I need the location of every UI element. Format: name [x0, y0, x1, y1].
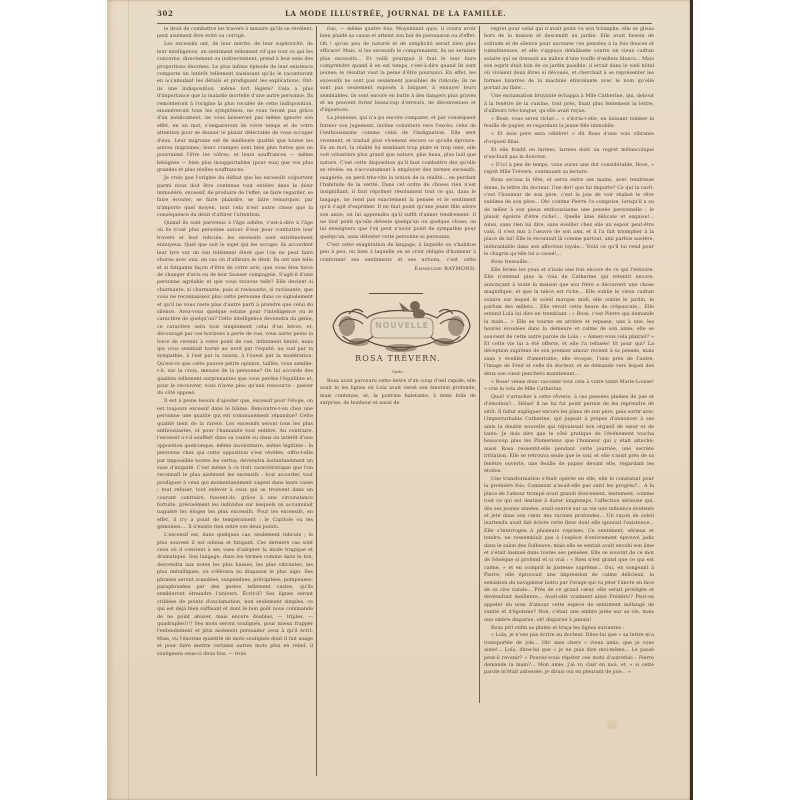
column-1: le droit de combattre les travers à mesu… — [157, 26, 313, 777]
column-divider — [479, 26, 480, 703]
paragraph: Rosa avait parcouru cette lettre d'un co… — [320, 378, 476, 408]
page-number: 302 — [157, 9, 173, 18]
paragraph: « Rosé, vous serez riche!... » s'écria-t… — [484, 116, 654, 131]
paragraph: Elle ferme les yeux et s'isole une fois … — [484, 267, 654, 378]
paragraph: Quand ils sont parvenus à l'âge adulte, … — [157, 220, 313, 398]
page-header: 302 LA MODE ILLUSTRÉE, JOURNAL DE LA FAM… — [157, 6, 652, 22]
header-rule — [157, 23, 652, 24]
paragraph: Et elle fondit en larmes, larmes dont un… — [484, 147, 654, 162]
column-3: regret pour celui qui n'avait point vu s… — [484, 26, 654, 701]
paragraph: Il est à peine besoin d'ajouter que, exc… — [157, 398, 313, 531]
vignette-label: NOUVELLE — [371, 321, 433, 330]
paragraph: Quoi! s'arracher à cette rêverie, à ces … — [484, 394, 654, 475]
running-title: LA MODE ILLUSTRÉE, JOURNAL DE LA FAMILLE… — [285, 9, 506, 18]
paragraph: « D'ici à peu de temps, vous aurez une d… — [484, 162, 654, 177]
column-divider — [316, 26, 317, 776]
paragraph: Rosa secoua la tête, et serra entre ses … — [484, 177, 654, 258]
paragraph: L'excessif est, dans quelques cas, seule… — [157, 532, 313, 658]
section-rule — [369, 293, 423, 294]
author-signature: Emmeline RAYMOND. — [320, 266, 476, 272]
paragraph: « Rose! venez donc raconter tout cela à … — [484, 379, 654, 394]
paragraph: Je crois que l'origine du défaut que les… — [157, 175, 313, 219]
paragraph: regret pour celui qui n'avait point vu s… — [484, 26, 654, 93]
paragraph: le droit de combattre les travers à mesu… — [157, 26, 313, 41]
paragraph: Rosa prit enfin sa plume et traça les li… — [484, 625, 654, 632]
column-2: fois, — même quatre fois. Moyennant quoi… — [320, 26, 476, 264]
paragraph: Les excessifs ont, de leur mérite, de le… — [157, 41, 313, 174]
story-subtitle: Suite. — [320, 369, 476, 374]
paragraph: Une transformation s'était opérée en ell… — [484, 476, 654, 624]
paragraph: La jeunesse, qui n'a pu encore comparer,… — [320, 115, 476, 241]
paragraph: « Loïa, je n'ose pas écrire au docteur. … — [484, 632, 654, 676]
story-title: ROSA TRÉVERN. — [320, 354, 476, 363]
paragraph: Rosa tressaille... — [484, 259, 654, 266]
paragraph: Une exclamation bruyante échappa à Mlle … — [484, 93, 654, 115]
paragraph: « Et mon père sera célèbre! » dit Rosa d… — [484, 131, 654, 146]
paper-stain — [607, 720, 617, 730]
paragraph: C'est cette exagération de langage, à la… — [320, 242, 476, 264]
story-intro: Rosa avait parcouru cette lettre d'un co… — [320, 378, 476, 408]
newspaper-page: 302 LA MODE ILLUSTRÉE, JOURNAL DE LA FAM… — [107, 0, 693, 800]
nouvelle-vignette-icon: NOUVELLE — [329, 296, 474, 360]
paragraph: fois, — même quatre fois. Moyennant quoi… — [320, 26, 476, 115]
